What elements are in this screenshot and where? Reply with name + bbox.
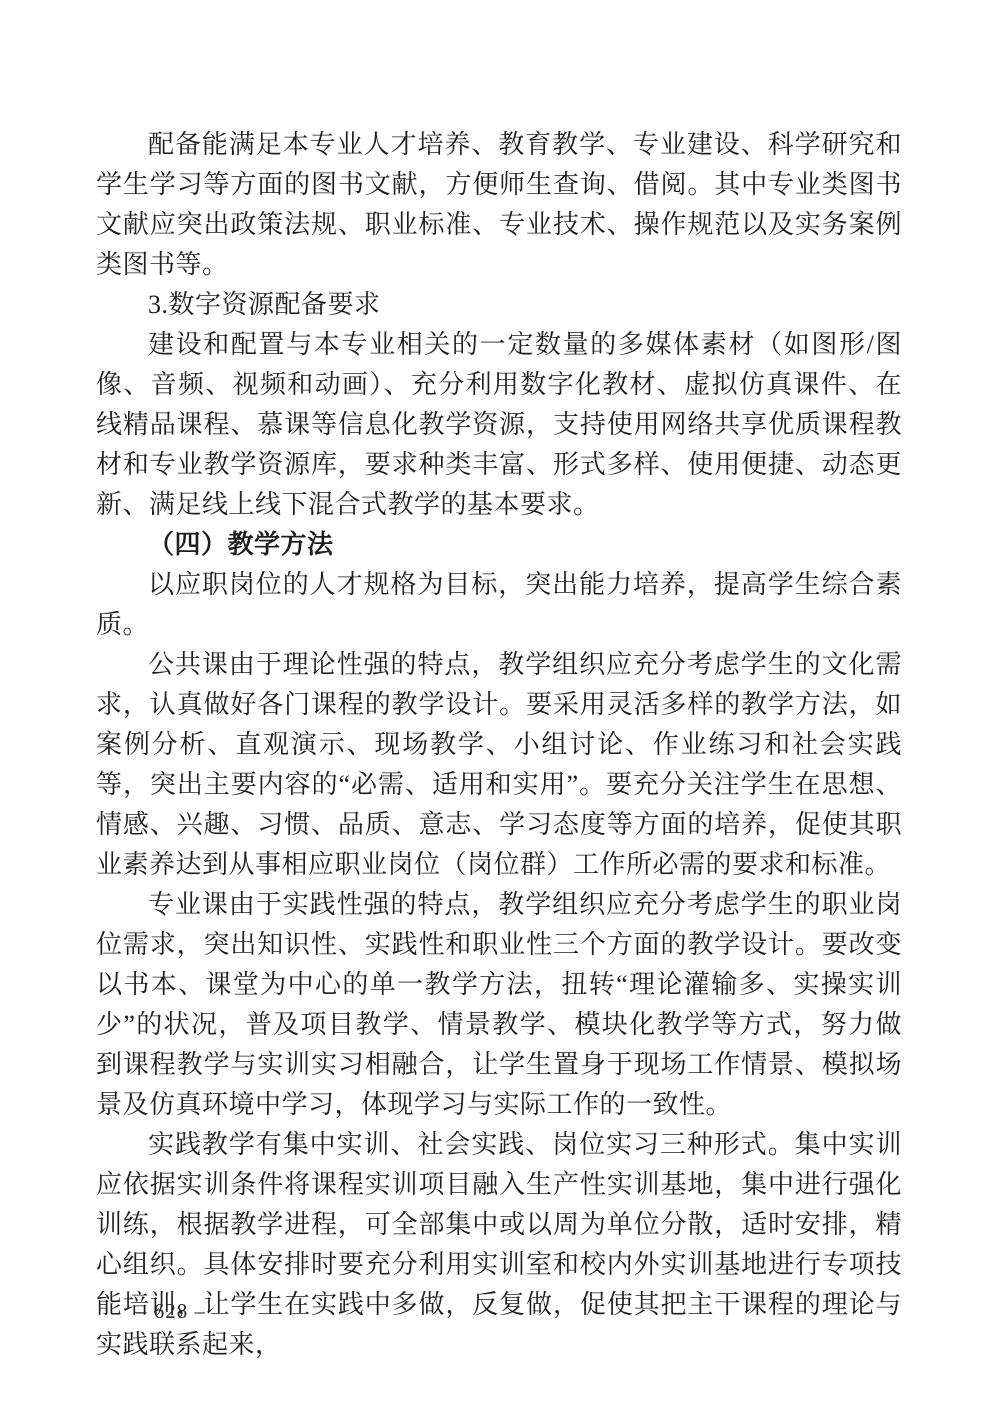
paragraph-digital-resources: 建设和配置与本专业相关的一定数量的多媒体素材（如图形/图像、音频、视频和动画）、…	[96, 325, 902, 525]
section-heading-teaching-methods: （四）教学方法	[96, 525, 902, 565]
document-body: 配备能满足本专业人才培养、教育教学、专业建设、科学研究和学生学习等方面的图书文献…	[96, 125, 902, 1365]
paragraph-practical-teaching: 实践教学有集中实训、社会实践、岗位实习三种形式。集中实训应依据实训条件将课程实训…	[96, 1125, 902, 1365]
subheading-digital-resource-requirements: 3.数字资源配备要求	[96, 285, 902, 325]
paragraph-library-resources: 配备能满足本专业人才培养、教育教学、专业建设、科学研究和学生学习等方面的图书文献…	[96, 125, 902, 285]
page-number: – 628 –	[136, 1297, 206, 1325]
paragraph-public-courses: 公共课由于理论性强的特点，教学组织应充分考虑学生的文化需求，认真做好各门课程的教…	[96, 645, 902, 885]
paragraph-teaching-goal: 以应职岗位的人才规格为目标，突出能力培养，提高学生综合素质。	[96, 565, 902, 645]
paragraph-professional-courses: 专业课由于实践性强的特点，教学组织应充分考虑学生的职业岗位需求，突出知识性、实践…	[96, 885, 902, 1125]
document-page: 配备能满足本专业人才培养、教育教学、专业建设、科学研究和学生学习等方面的图书文献…	[0, 0, 1000, 1414]
